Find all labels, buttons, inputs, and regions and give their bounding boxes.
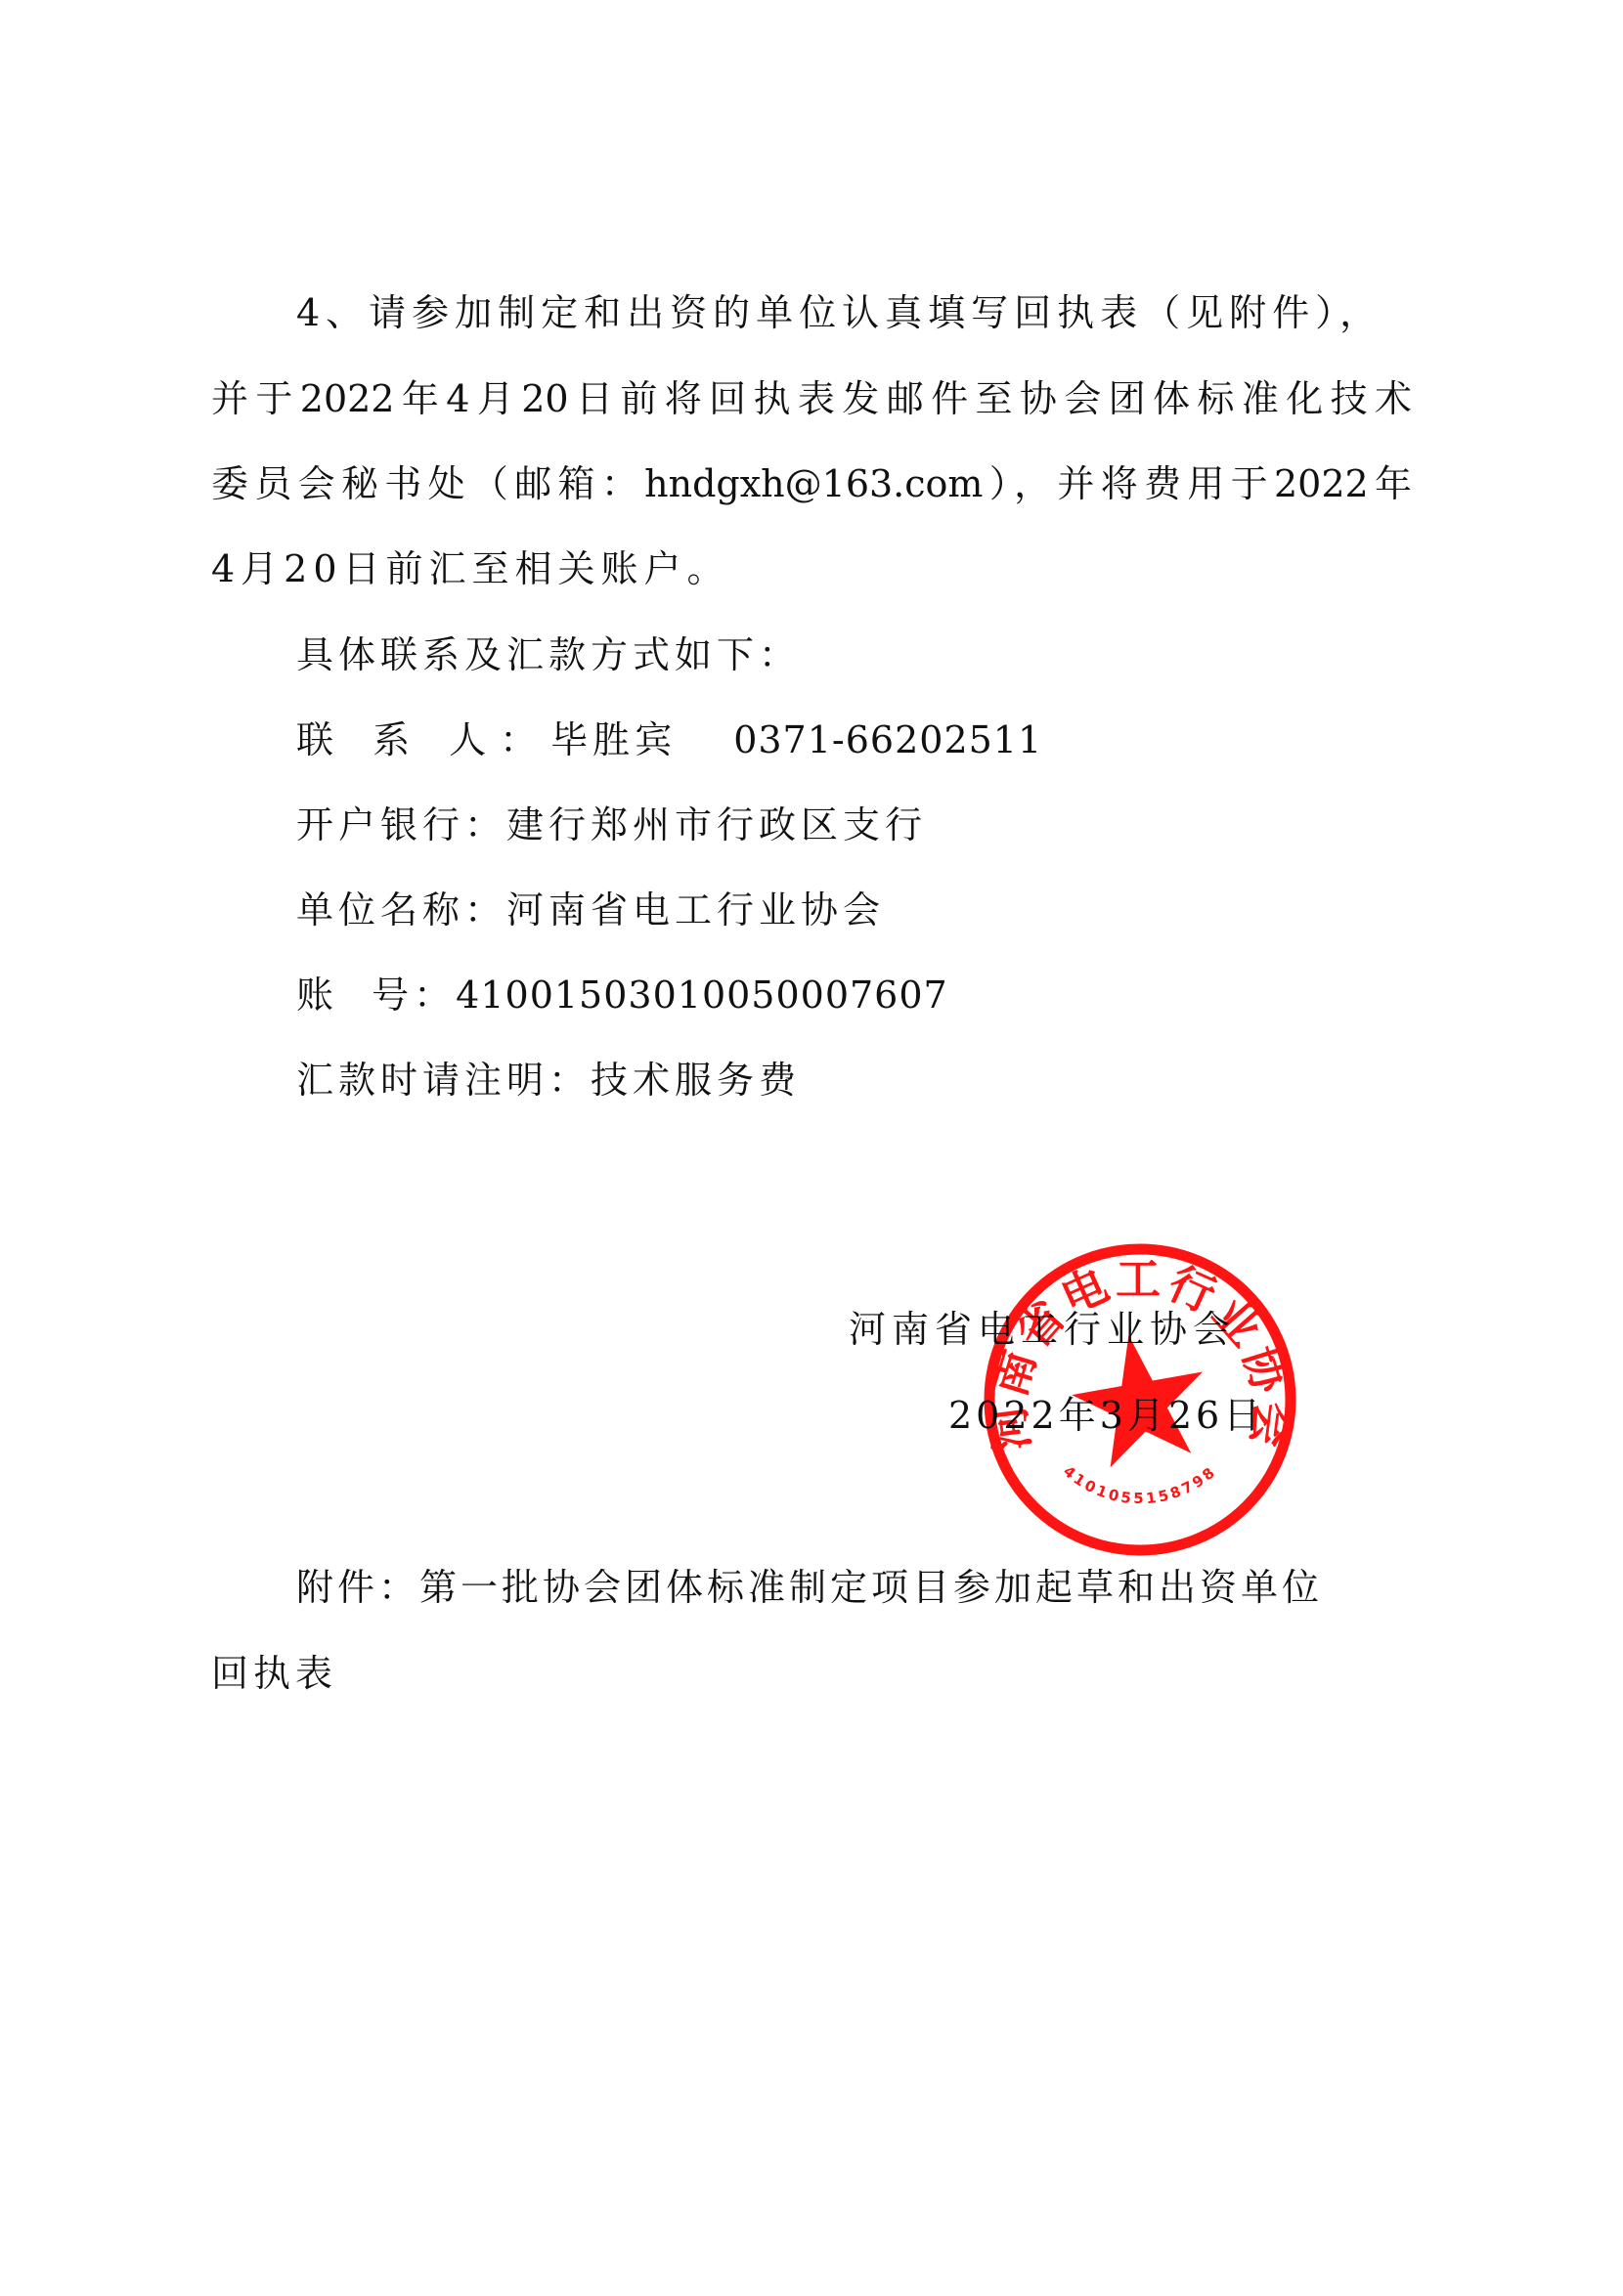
remark-label: 汇款时请注明： — [296, 1059, 591, 1102]
seal-serial: 4101055158798 — [1060, 1462, 1220, 1507]
remark-value: 技术服务费 — [591, 1059, 801, 1102]
paragraph-4-line-1: 4、请参加制定和出资的单位认真填写回执表（见附件）， — [296, 289, 1382, 336]
account-row: 账 号：41001503010050007607 — [296, 972, 948, 1018]
org-label: 单位名称： — [296, 888, 506, 931]
org-name: 河南省电工行业协会 — [506, 888, 885, 931]
remark-row: 汇款时请注明：技术服务费 — [296, 1057, 801, 1104]
paragraph-4-line-2: 并于2022年4月20日前将回执表发邮件至协会团体标准化技术 — [211, 375, 1412, 422]
paragraph-4-line-4: 4月20日前汇至相关账户。 — [211, 545, 730, 592]
bank-row: 开户银行：建行郑州市行政区支行 — [296, 801, 927, 848]
attachment-line-2: 回执表 — [211, 1650, 337, 1697]
paragraph-4-line-3: 委员会秘书处（邮箱：hndgxh@163.com），并将费用于2022年 — [211, 460, 1412, 507]
svg-text:4101055158798: 4101055158798 — [1060, 1462, 1220, 1507]
contact-person-label: 联 系 人： — [296, 718, 550, 761]
org-row: 单位名称：河南省电工行业协会 — [296, 887, 885, 933]
attachment-line-1: 附件：第一批协会团体标准制定项目参加起草和出资单位 — [296, 1564, 1323, 1611]
signature-organization: 河南省电工行业协会 — [849, 1306, 1236, 1353]
account-label: 账 号： — [296, 974, 456, 1017]
document-page: 4、请参加制定和出资的单位认真填写回执表（见附件）， 并于2022年4月20日前… — [0, 0, 1623, 2296]
bank-name: 建行郑州市行政区支行 — [506, 803, 927, 846]
contact-intro: 具体联系及汇款方式如下： — [296, 631, 801, 678]
contact-person-name: 毕胜宾 — [550, 718, 677, 761]
account-number: 41001503010050007607 — [456, 974, 948, 1017]
signature-date: 2022年3月26日 — [948, 1392, 1264, 1439]
contact-person-row: 联 系 人：毕胜宾0371-66202511 — [296, 716, 1042, 763]
contact-phone: 0371-66202511 — [733, 718, 1042, 761]
bank-label: 开户银行： — [296, 803, 506, 846]
